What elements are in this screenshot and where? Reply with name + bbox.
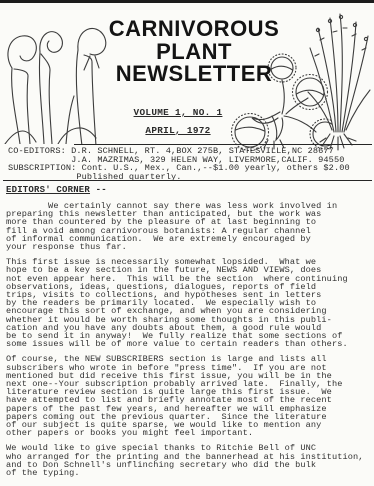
masthead-block: CO-EDITORS: D.R. SCHNELL, RT. 4,BOX 275B… <box>8 147 350 181</box>
paragraph-1: We certainly cannot say there was less w… <box>6 202 372 251</box>
editors-corner-heading-dashes: -- <box>90 185 107 195</box>
sundew-svg <box>300 6 374 154</box>
volume-number: VOLUME 1, NO. 1 <box>80 107 276 118</box>
sundew-illustration <box>300 6 374 154</box>
title-line-1: CARNIVOROUS <box>96 18 292 41</box>
issue-date: APRIL, 1972 <box>80 125 276 136</box>
title-line-3: NEWSLETTER <box>96 63 292 86</box>
newsletter-title: CARNIVOROUS PLANT NEWSLETTER <box>96 18 292 86</box>
paragraph-2: This first issue is necessarily somewhat… <box>6 258 372 348</box>
newsletter-page: CARNIVOROUS PLANT NEWSLETTER VOLUME 1, N… <box>0 0 374 486</box>
top-border-rule <box>0 0 374 3</box>
paragraph-4: We would like to give special thanks to … <box>6 444 372 477</box>
editors-corner-section: EDITORS' CORNER -- We certainly cannot s… <box>6 185 372 484</box>
paragraph-3: Of course, the NEW SUBSCRIBERS section i… <box>6 355 372 437</box>
masthead-bottom-rule <box>3 180 372 181</box>
editors-corner-heading: EDITORS' CORNER -- <box>6 185 372 195</box>
editors-corner-heading-text: EDITORS' CORNER <box>6 185 90 195</box>
title-line-2: PLANT <box>96 41 292 64</box>
